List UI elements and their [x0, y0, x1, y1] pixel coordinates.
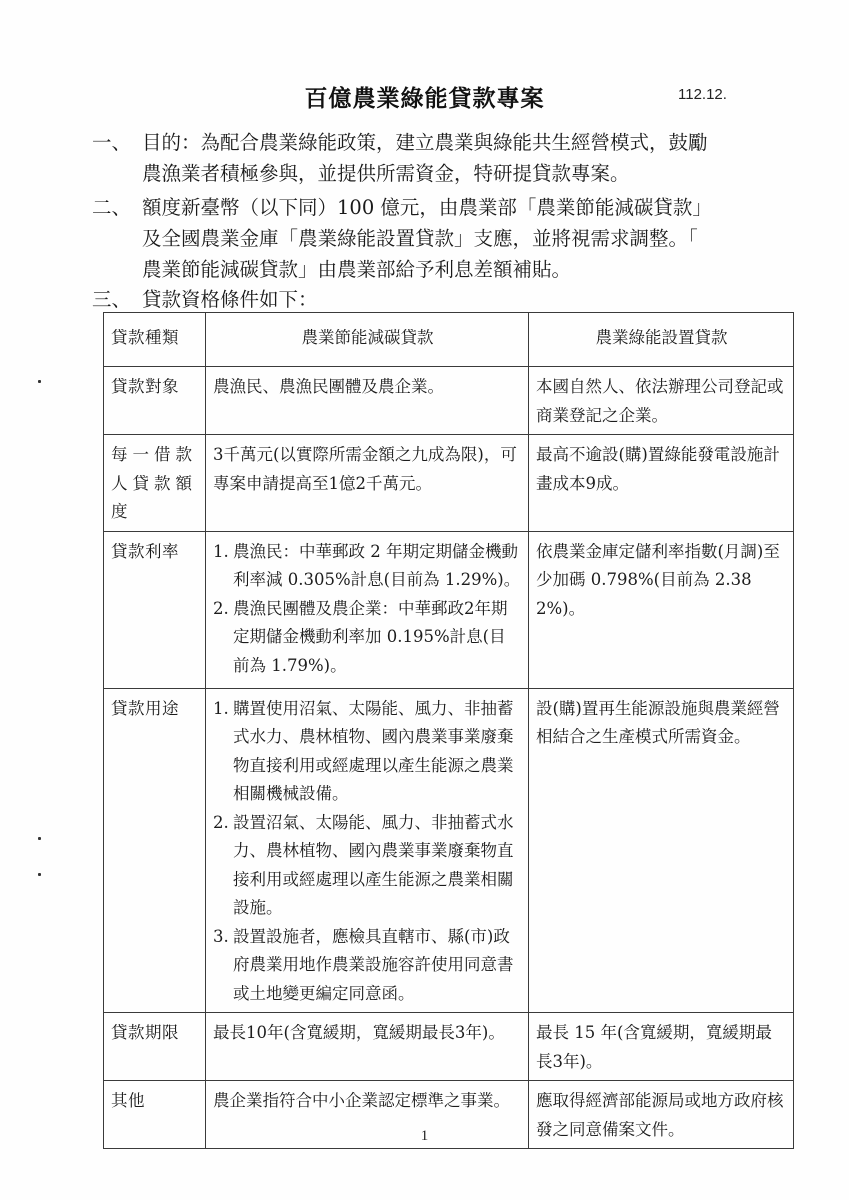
list-index: 3. [213, 923, 229, 952]
loan-conditions-table: 貸款種類 農業節能減碳貸款 農業綠能設置貸款 貸款對象 農漁民、農漁民團體及農企… [103, 312, 794, 1149]
list-text: 設置設施者，應檢具直轄市、縣(市)政府農業用地作農業設施容許使用同意書或土地變更… [233, 923, 522, 1009]
header-loan-type: 貸款種類 [104, 313, 206, 367]
section-number: 一、 [92, 127, 142, 158]
document-page: 百億農業綠能貸款專案 112.12. 一、 目的：為配合農業綠能政策，建立農業與… [0, 0, 849, 1200]
header-carbon-loan: 農業節能減碳貸款 [206, 313, 529, 367]
cell-carbon-rate: 1. 農漁民：中華郵政 2 年期定期儲金機動利率減 0.305%計息(目前為 1… [206, 531, 529, 688]
list-item: 3. 設置設施者，應檢具直轄市、縣(市)政府農業用地作農業設施容許使用同意書或土… [213, 923, 522, 1009]
table-row: 貸款期限 最長10年(含寬緩期，寬緩期最長3年)。 最長 15 年(含寬緩期，寬… [104, 1013, 794, 1081]
list-item: 1. 農漁民：中華郵政 2 年期定期儲金機動利率減 0.305%計息(目前為 1… [213, 538, 522, 595]
list-text: 購置使用沼氣、太陽能、風力、非抽蓄式水力、農林植物、國內農業事業廢棄物直接利用或… [233, 695, 522, 809]
section-line: 農業節能減碳貸款」由農業部給予利息差額補貼。 [142, 254, 802, 285]
cell-carbon-target: 農漁民、農漁民團體及農企業。 [206, 367, 529, 435]
section-line: 貸款資格條件如下： [142, 284, 802, 315]
table-row: 貸款利率 1. 農漁民：中華郵政 2 年期定期儲金機動利率減 0.305%計息(… [104, 531, 794, 688]
section-line: 額度新臺幣（以下同）100 億元，由農業部「農業節能減碳貸款」 [142, 192, 802, 223]
section-number: 三、 [92, 284, 142, 315]
table-row: 貸款對象 農漁民、農漁民團體及農企業。 本國自然人、依法辦理公司登記或商業登記之… [104, 367, 794, 435]
scan-speck [38, 380, 41, 383]
document-date: 112.12. [678, 86, 727, 103]
section-line: 及全國農業金庫「農業綠能設置貸款」支應，並將視需求調整。「 [142, 223, 802, 254]
section-number: 二、 [92, 192, 142, 223]
table-row: 貸款用途 1. 購置使用沼氣、太陽能、風力、非抽蓄式水力、農林植物、國內農業事業… [104, 688, 794, 1013]
section-line: 目的：為配合農業綠能政策，建立農業與綠能共生經營模式，鼓勵 [142, 127, 802, 158]
list-index: 2. [213, 809, 229, 838]
list-text: 農漁民團體及農企業：中華郵政2年期定期儲金機動利率加 0.195%計息(目前為 … [233, 595, 522, 681]
list-text: 設置沼氣、太陽能、風力、非抽蓄式水力、農林植物、國內農業事業廢棄物直接利用或經處… [233, 809, 522, 923]
row-label-term: 貸款期限 [104, 1013, 206, 1081]
cell-green-limit: 最高不逾設(購)置綠能發電設施計畫成本9成。 [529, 435, 794, 532]
table-header-row: 貸款種類 農業節能減碳貸款 農業綠能設置貸款 [104, 313, 794, 367]
list-text: 農漁民：中華郵政 2 年期定期儲金機動利率減 0.305%計息(目前為 1.29… [233, 538, 522, 595]
cell-green-term: 最長 15 年(含寬緩期，寬緩期最長3年)。 [529, 1013, 794, 1081]
scan-speck [38, 873, 41, 876]
list-index: 1. [213, 538, 229, 567]
list-item: 1. 購置使用沼氣、太陽能、風力、非抽蓄式水力、農林植物、國內農業事業廢棄物直接… [213, 695, 522, 809]
section-line: 農漁業者積極參與，並提供所需資金，特研提貸款專案。 [142, 158, 802, 189]
cell-green-target: 本國自然人、依法辦理公司登記或商業登記之企業。 [529, 367, 794, 435]
row-label-limit: 每一借款人貸款額度 [104, 435, 206, 532]
scan-speck [38, 837, 41, 840]
list-index: 2. [213, 595, 229, 624]
section-eligibility: 三、 貸款資格條件如下： [92, 284, 802, 315]
list-item: 2. 農漁民團體及農企業：中華郵政2年期定期儲金機動利率加 0.195%計息(目… [213, 595, 522, 681]
cell-carbon-use: 1. 購置使用沼氣、太陽能、風力、非抽蓄式水力、農林植物、國內農業事業廢棄物直接… [206, 688, 529, 1013]
header-green-loan: 農業綠能設置貸款 [529, 313, 794, 367]
cell-carbon-limit: 3千萬元(以實際所需金額之九成為限)，可專案申請提高至1億2千萬元。 [206, 435, 529, 532]
page-number: 1 [0, 1128, 849, 1145]
list-index: 1. [213, 695, 229, 724]
section-amount: 二、 額度新臺幣（以下同）100 億元，由農業部「農業節能減碳貸款」 及全國農業… [92, 192, 802, 285]
row-label-target: 貸款對象 [104, 367, 206, 435]
list-item: 2. 設置沼氣、太陽能、風力、非抽蓄式水力、農林植物、國內農業事業廢棄物直接利用… [213, 809, 522, 923]
cell-green-rate: 依農業金庫定儲利率指數(月調)至少加碼 0.798%(目前為 2.382%)。 [529, 531, 794, 688]
section-purpose: 一、 目的：為配合農業綠能政策，建立農業與綠能共生經營模式，鼓勵 農漁業者積極參… [92, 127, 802, 189]
row-label-use: 貸款用途 [104, 688, 206, 1013]
row-label-rate: 貸款利率 [104, 531, 206, 688]
cell-carbon-term: 最長10年(含寬緩期，寬緩期最長3年)。 [206, 1013, 529, 1081]
cell-green-use: 設(購)置再生能源設施與農業經營相結合之生產模式所需資金。 [529, 688, 794, 1013]
table-row: 每一借款人貸款額度 3千萬元(以實際所需金額之九成為限)，可專案申請提高至1億2… [104, 435, 794, 532]
